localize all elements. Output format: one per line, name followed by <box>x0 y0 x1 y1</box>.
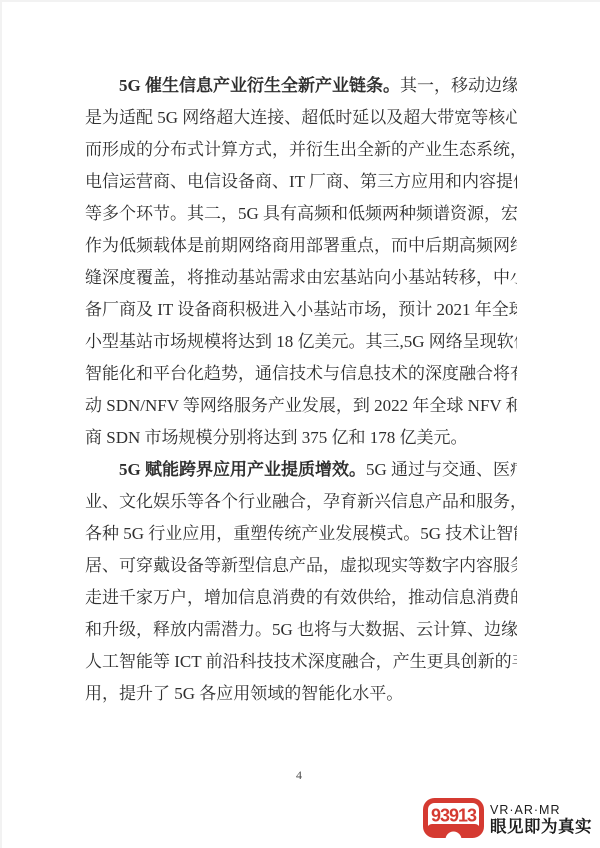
text-line: 电信运营商、电信设备商、IT 厂商、第三方应用和内容提供商 <box>85 166 517 198</box>
page-number: 4 <box>0 768 598 783</box>
text-line: 智能化和平台化趋势，通信技术与信息技术的深度融合将有效推 <box>85 358 517 390</box>
vr-goggles-icon: 93913 <box>423 798 484 841</box>
paragraph-lines: 业、文化娱乐等各个行业融合，孕育新兴信息产品和服务，产生各种 5G 行业应用，重… <box>85 486 517 710</box>
logo-taglines: VR·AR·MR 眼见即为真实 <box>490 804 592 836</box>
text-line: 商 SDN 市场规模分别将达到 375 亿和 178 亿美元。 <box>85 422 517 454</box>
text-line: 5G 赋能跨界应用产业提质增效。5G 通过与交通、医疗、工 <box>85 454 517 486</box>
document-page: 5G 催生信息产业衍生全新产业链条。其一，移动边缘计算 是为适配 5G 网络超大… <box>0 0 600 848</box>
text-line: 动 SDN/NFV 等网络服务产业发展，到 2022 年全球 NFV 和运营 <box>85 390 517 422</box>
text-line: 走进千家万户，增加信息消费的有效供给，推动信息消费的扩大 <box>85 582 517 614</box>
text-line: 等多个环节。其二，5G 具有高频和低频两种频谱资源，宏基站 <box>85 198 517 230</box>
watermark-logo-93913: 93913 VR·AR·MR 眼见即为真实 <box>423 798 592 841</box>
paragraph-lead-bold: 5G 赋能跨界应用产业提质增效。 <box>119 460 366 479</box>
paragraph-lines: 是为适配 5G 网络超大连接、超低时延以及超大带宽等核心要素而形成的分布式计算方… <box>85 102 517 454</box>
text-line: 作为低频载体是前期网络商用部署重点，而中后期高频网络的无 <box>85 230 517 262</box>
logo-numbers: 93913 <box>431 806 477 826</box>
text-line: 是为适配 5G 网络超大连接、超低时延以及超大带宽等核心要素 <box>85 102 517 134</box>
text-line: 居、可穿戴设备等新型信息产品，虚拟现实等数字内容服务真正 <box>85 550 517 582</box>
document-body: 5G 催生信息产业衍生全新产业链条。其一，移动边缘计算 是为适配 5G 网络超大… <box>85 70 517 710</box>
paragraph-5g-cross-industry: 5G 赋能跨界应用产业提质增效。5G 通过与交通、医疗、工 业、文化娱乐等各个行… <box>85 454 517 710</box>
paragraph-5g-industry-chain: 5G 催生信息产业衍生全新产业链条。其一，移动边缘计算 是为适配 5G 网络超大… <box>85 70 517 454</box>
paragraph-first-line-text: 其一，移动边缘计算 <box>400 76 517 95</box>
text-line: 用，提升了 5G 各应用领域的智能化水平。 <box>85 678 517 710</box>
text-line: 而形成的分布式计算方式，并衍生出全新的产业生态系统，包括 <box>85 134 517 166</box>
text-line: 5G 催生信息产业衍生全新产业链条。其一，移动边缘计算 <box>85 70 517 102</box>
text-line: 备厂商及 IT 设备商积极进入小基站市场，预计 2021 年全球室内 <box>85 294 517 326</box>
text-line: 小型基站市场规模将达到 18 亿美元。其三,5G 网络呈现软件化、 <box>85 326 517 358</box>
text-line: 业、文化娱乐等各个行业融合，孕育新兴信息产品和服务，产生 <box>85 486 517 518</box>
paragraph-first-line-text: 5G 通过与交通、医疗、工 <box>366 460 517 479</box>
text-line: 各种 5G 行业应用，重塑传统产业发展模式。5G 技术让智能家 <box>85 518 517 550</box>
logo-tagline-vr-ar-mr: VR·AR·MR <box>490 804 592 817</box>
text-line: 人工智能等 ICT 前沿科技技术深度融合，产生更具创新的丰富应 <box>85 646 517 678</box>
text-line: 和升级，释放内需潜力。5G 也将与大数据、云计算、边缘计算、 <box>85 614 517 646</box>
paragraph-lead-bold: 5G 催生信息产业衍生全新产业链条。 <box>119 76 400 95</box>
text-line: 缝深度覆盖，将推动基站需求由宏基站向小基站转移，中小型设 <box>85 262 517 294</box>
logo-tagline-slogan: 眼见即为真实 <box>490 819 592 836</box>
